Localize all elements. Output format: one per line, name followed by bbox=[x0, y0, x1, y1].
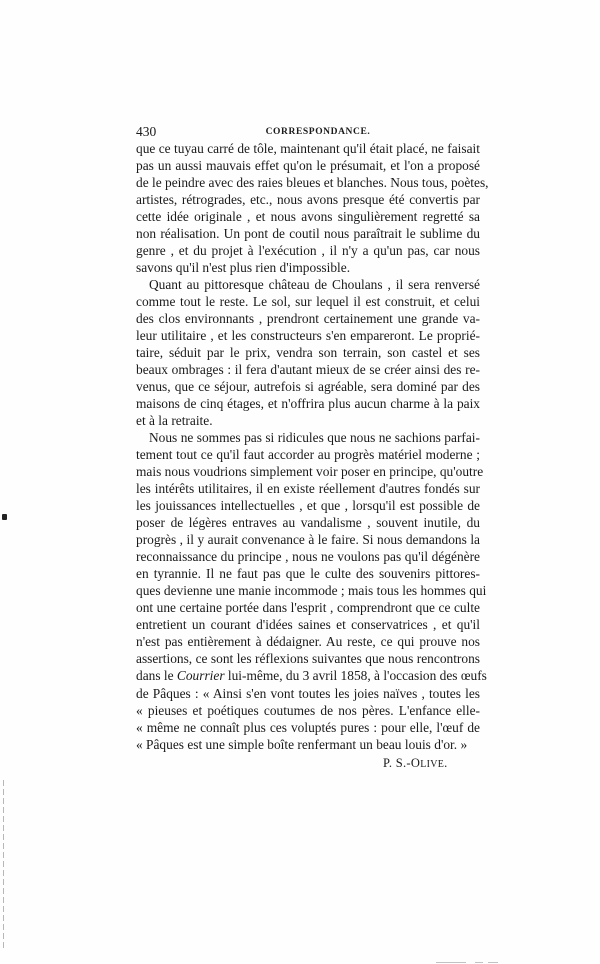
signature-smallcaps: LIVE bbox=[420, 759, 444, 770]
scan-edge-line bbox=[3, 780, 4, 950]
text-line: et à la retraite. bbox=[136, 412, 480, 429]
text-line: Quant au pittoresque château de Choulans… bbox=[136, 276, 480, 293]
signature-initials: P. S.-O bbox=[383, 756, 420, 770]
text-line: cette idée originale , et nous avons sin… bbox=[136, 208, 480, 225]
text-segment: lui-même, du 3 avril 1858, à l'occasion … bbox=[225, 668, 487, 683]
text-line: les intérêts utilitaires, il en existe r… bbox=[136, 480, 480, 497]
italic-newspaper-title: Courrier bbox=[177, 668, 225, 683]
scan-bottom-dash bbox=[488, 962, 498, 963]
text-line-with-italic: dans le Courrier lui-même, du 3 avril 18… bbox=[136, 667, 480, 684]
running-title: CORRESPONDANCE. bbox=[136, 124, 480, 140]
text-line: artistes, rétrogrades, etc., nous avons … bbox=[136, 191, 480, 208]
text-line: progrès , il y aurait convenance à le fa… bbox=[136, 531, 480, 548]
text-line: ont une certaine portée dans l'esprit , … bbox=[136, 599, 480, 616]
text-line: en tyrannie. Il ne faut pas que le culte… bbox=[136, 565, 480, 582]
text-line: savons qu'il n'est plus rien d'impossibl… bbox=[136, 259, 480, 276]
text-line: taire, séduit par le prix, vendra son te… bbox=[136, 344, 480, 361]
paragraph-2: Quant au pittoresque château de Choulans… bbox=[136, 276, 480, 429]
text-line: reconnaissance du principe , nous ne vou… bbox=[136, 548, 480, 565]
text-line: maisons de cinq étages, et n'offrira plu… bbox=[136, 395, 480, 412]
scan-bottom-dash bbox=[436, 962, 466, 963]
text-line: venus, que ce séjour, autrefois si agréa… bbox=[136, 378, 480, 395]
running-head: 430 CORRESPONDANCE. bbox=[136, 124, 480, 140]
text-line: beaux ombrages : il fera d'autant mieux … bbox=[136, 361, 480, 378]
text-line: de le peindre avec des raies bleues et b… bbox=[136, 174, 480, 191]
paragraph-3: Nous ne sommes pas si ridicules que nous… bbox=[136, 429, 480, 752]
text-line: leur utilitaire , et les constructeurs s… bbox=[136, 327, 480, 344]
text-line: Nous ne sommes pas si ridicules que nous… bbox=[136, 429, 480, 446]
text-line: poser de légères entraves au vandalisme … bbox=[136, 514, 480, 531]
text-line: mais nous voudrions simplement voir pose… bbox=[136, 463, 480, 480]
scan-bottom-dash bbox=[475, 962, 483, 963]
text-line: ques devienne une manie incommode ; mais… bbox=[136, 582, 480, 599]
text-line: que ce tuyau carré de tôle, maintenant q… bbox=[136, 140, 480, 157]
signature: P. S.-OLIVE. bbox=[383, 755, 448, 773]
text-line: de Pâques : « Ainsi s'en vont toutes les… bbox=[136, 685, 480, 702]
text-line: entretient un courant d'idées saines et … bbox=[136, 616, 480, 633]
text-line: des clos environnants , prendront certai… bbox=[136, 310, 480, 327]
text-line: « pieuses et poétiques coutumes de nos p… bbox=[136, 702, 480, 719]
book-page: 430 CORRESPONDANCE. que ce tuyau carré d… bbox=[0, 0, 600, 964]
text-line: n'est pas entièrement à dédaigner. Au re… bbox=[136, 633, 480, 650]
text-line: les jouissances intellectuelles , et que… bbox=[136, 497, 480, 514]
text-line: « même ne connaît plus ces voluptés pure… bbox=[136, 719, 480, 736]
paragraph-1: que ce tuyau carré de tôle, maintenant q… bbox=[136, 140, 480, 276]
text-line: comme tout le reste. Le sol, sur lequel … bbox=[136, 293, 480, 310]
signature-period: . bbox=[444, 756, 447, 770]
text-line: tement tout ce qu'il faut accorder au pr… bbox=[136, 446, 480, 463]
text-line: non réalisation. Un pont de coutil nous … bbox=[136, 225, 480, 242]
scan-margin-mark bbox=[2, 514, 7, 520]
text-line: assertions, ce sont les réflexions suiva… bbox=[136, 650, 480, 667]
text-line: « Pâques est une simple boîte renfermant… bbox=[136, 736, 480, 753]
body-text: que ce tuyau carré de tôle, maintenant q… bbox=[136, 140, 480, 753]
text-line: genre , et du projet à l'exécution , il … bbox=[136, 242, 480, 259]
text-segment: dans le bbox=[136, 668, 177, 683]
text-line: pas un aussi mauvais effet qu'on le prés… bbox=[136, 157, 480, 174]
